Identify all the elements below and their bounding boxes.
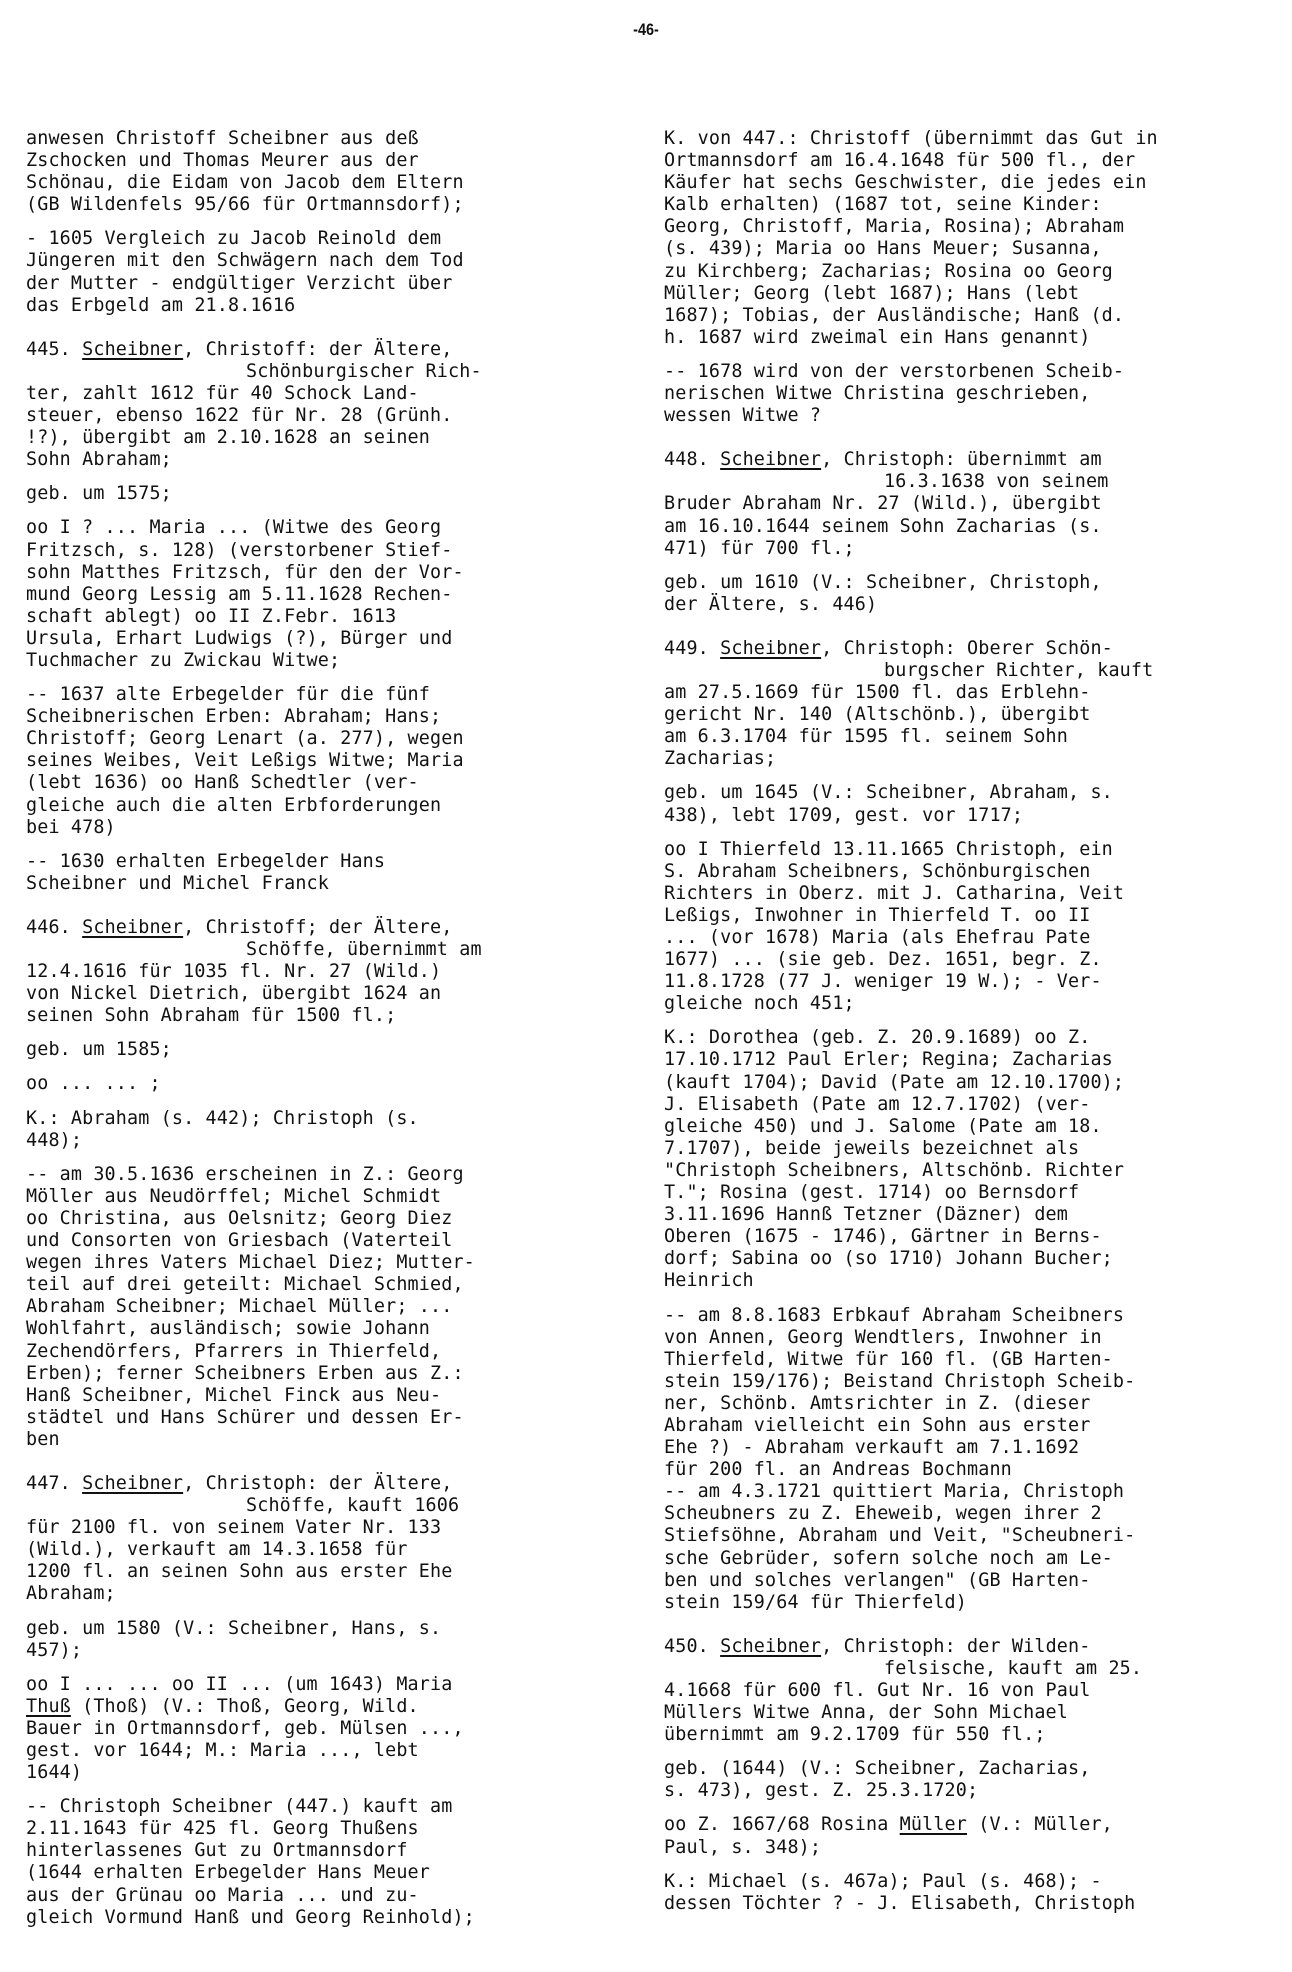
text-paragraph: geb. um 1645 (V.: Scheibner, Abraham, s.… xyxy=(664,782,1274,826)
entry-number: 447. xyxy=(26,1473,82,1494)
entry-heading: 449. Scheibner, Christoph: Oberer Schön- xyxy=(664,638,1274,660)
text-line: gleich Vormund Hanß und Georg Reinhold); xyxy=(26,1907,626,1929)
text-line: Stiefsöhne, Abraham und Veit, "Scheubner… xyxy=(664,1525,1274,1547)
text-line: burgscher Richter, kauft xyxy=(664,660,1274,682)
left-column: anwesen Christoff Scheibner aus deßZscho… xyxy=(26,128,626,1941)
text-line: oo Z. 1667/68 Rosina Müller (V.: Müller, xyxy=(664,1814,1274,1836)
text-line: Sohn Abraham; xyxy=(26,449,626,471)
text-paragraph: -- am 8.8.1683 Erbkauf Abraham Scheibner… xyxy=(664,1305,1274,1614)
text-line: Kalb erhalten) (1687 tot, seine Kinder: xyxy=(664,194,1274,216)
text-line: stein 159/64 für Thierfeld) xyxy=(664,1592,1274,1614)
text-line: (Wild.), verkauft am 14.3.1658 für xyxy=(26,1539,626,1561)
text-line: sohn Matthes Fritzsch, für den der Vor- xyxy=(26,562,626,584)
text-line: geb. (1644) (V.: Scheibner, Zacharias, xyxy=(664,1758,1274,1780)
entry-heading: 445. Scheibner, Christoff: der Ältere, xyxy=(26,339,626,361)
text-line: 457); xyxy=(26,1640,626,1662)
text-line: Abraham Scheibner; Michael Müller; ... xyxy=(26,1296,626,1318)
text-line: Müllers Witwe Anna, der Sohn Michael xyxy=(664,1702,1274,1724)
text-line: (1644 erhalten Erbegelder Hans Meuer xyxy=(26,1862,626,1884)
text-line: nerischen Witwe Christina geschrieben, xyxy=(664,383,1274,405)
text-line: T."; Rosina (gest. 1714) oo Bernsdorf xyxy=(664,1182,1274,1204)
text-line: für 200 fl. an Andreas Bochmann xyxy=(664,1459,1274,1481)
text-paragraph: geb. um 1580 (V.: Scheibner, Hans, s.457… xyxy=(26,1618,626,1662)
text-paragraph: anwesen Christoff Scheibner aus deßZscho… xyxy=(26,128,626,216)
text-line: K.: Abraham (s. 442); Christoph (s. xyxy=(26,1108,626,1130)
text-line: (lebt 1636) oo Hanß Schedtler (ver- xyxy=(26,772,626,794)
text-line: der Mutter - endgültiger Verzicht über xyxy=(26,273,626,295)
text-line: wessen Witwe ? xyxy=(664,405,1274,427)
text-line: und Consorten von Griesbach (Vaterteil xyxy=(26,1230,626,1252)
text-line: oo I ... ... oo II ... (um 1643) Maria xyxy=(26,1674,626,1696)
entry-heading: 446. Scheibner, Christoff; der Ältere, xyxy=(26,917,626,939)
text-line: zu Kirchberg; Zacharias; Rosina oo Georg xyxy=(664,261,1274,283)
text-line: 1644) xyxy=(26,1762,626,1784)
text-line: Bruder Abraham Nr. 27 (Wild.), übergibt xyxy=(664,493,1274,515)
text-line: Leßigs, Inwohner in Thierfeld T. oo II xyxy=(664,905,1274,927)
text-line: Abraham; xyxy=(26,1583,626,1605)
text-paragraph: K.: Dorothea (geb. Z. 20.9.1689) oo Z.17… xyxy=(664,1027,1274,1292)
entry-number: 450. xyxy=(664,1636,720,1657)
text-paragraph: oo I ? ... Maria ... (Witwe des GeorgFri… xyxy=(26,517,626,672)
entry-surname: Scheibner xyxy=(82,339,183,360)
text-line: hinterlassenes Gut zu Ortmannsdorf xyxy=(26,1840,626,1862)
text-line: Fritzsch, s. 128) (verstorbener Stief- xyxy=(26,540,626,562)
text-paragraph: geb. (1644) (V.: Scheibner, Zacharias,s.… xyxy=(664,1758,1274,1802)
text-line: ner, Schönb. Amtsrichter in Z. (dieser xyxy=(664,1393,1274,1415)
text-line: schaft ablegt) oo II Z.Febr. 1613 xyxy=(26,606,626,628)
text-line: der Ältere, s. 446) xyxy=(664,594,1274,616)
entry-surname: Scheibner xyxy=(720,449,821,470)
text-line: Schöffe, übernimmt am xyxy=(26,939,626,961)
text-segment: (V.: Müller, xyxy=(967,1814,1113,1835)
entry-given-name: , Christoph: übernimmt am xyxy=(821,449,1102,470)
entry-given-name: , Christoph: Oberer Schön- xyxy=(821,638,1113,659)
text-line: seinen Sohn Abraham für 1500 fl.; xyxy=(26,1005,626,1027)
right-column: K. von 447.: Christoff (übernimmt das Gu… xyxy=(664,128,1274,1927)
entry-given-name: , Christoff; der Ältere, xyxy=(183,917,452,938)
text-segment: oo Z. 1667/68 Rosina xyxy=(664,1814,900,1835)
text-line: oo ... ... ; xyxy=(26,1073,626,1095)
text-line: - 1605 Vergleich zu Jacob Reinold dem xyxy=(26,228,626,250)
text-line: Paul, s. 348); xyxy=(664,1837,1274,1859)
genealogy-entry: 446. Scheibner, Christoff; der Ältere,Sc… xyxy=(26,917,626,1027)
text-line: am 16.10.1644 seinem Sohn Zacharias (s. xyxy=(664,516,1274,538)
text-line: Möller aus Neudörffel; Michel Schmidt xyxy=(26,1186,626,1208)
text-line: Ortmannsdorf am 16.4.1648 für 500 fl., d… xyxy=(664,150,1274,172)
underlined-surname: Müller xyxy=(900,1814,967,1835)
text-line: -- 1678 wird von der verstorbenen Scheib… xyxy=(664,361,1274,383)
text-line: 448); xyxy=(26,1130,626,1152)
text-line: aus der Grünau oo Maria ... und zu- xyxy=(26,1885,626,1907)
text-line: gericht Nr. 140 (Altschönb.), übergibt xyxy=(664,704,1274,726)
text-line: Tuchmacher zu Zwickau Witwe; xyxy=(26,650,626,672)
text-line: -- 1637 alte Erbegelder für die fünf xyxy=(26,684,626,706)
text-line: Thierfeld, Witwe für 160 fl. (GB Harten- xyxy=(664,1349,1274,1371)
text-line: Zechendörfers, Pfarrers in Thierfeld, xyxy=(26,1341,626,1363)
text-line: städtel und Hans Schürer und dessen Er- xyxy=(26,1407,626,1429)
text-line: oo I ? ... Maria ... (Witwe des Georg xyxy=(26,517,626,539)
text-line: Heinrich xyxy=(664,1270,1274,1292)
text-line: Zschocken und Thomas Meurer aus der xyxy=(26,150,626,172)
text-line: von Annen, Georg Wendtlers, Inwohner in xyxy=(664,1327,1274,1349)
text-line: teil auf drei geteilt: Michael Schmied, xyxy=(26,1274,626,1296)
entry-number: 445. xyxy=(26,339,82,360)
text-line: das Erbgeld am 21.8.1616 xyxy=(26,295,626,317)
text-paragraph: -- am 30.5.1636 erscheinen in Z.: GeorgM… xyxy=(26,1164,626,1451)
text-paragraph: oo ... ... ; xyxy=(26,1073,626,1095)
text-paragraph: oo I Thierfeld 13.11.1665 Christoph, ein… xyxy=(664,839,1274,1016)
genealogy-entry: 449. Scheibner, Christoph: Oberer Schön-… xyxy=(664,638,1274,771)
text-line: geb. um 1575; xyxy=(26,483,626,505)
text-line: 12.4.1616 für 1035 fl. Nr. 27 (Wild.) xyxy=(26,961,626,983)
text-line: Richters in Oberz. mit J. Catharina, Vei… xyxy=(664,883,1274,905)
entry-surname: Scheibner xyxy=(720,638,821,659)
text-line: (s. 439); Maria oo Hans Meuer; Susanna, xyxy=(664,238,1274,260)
entry-surname: Scheibner xyxy=(82,1473,183,1494)
text-line: K.: Michael (s. 467a); Paul (s. 468); - xyxy=(664,1871,1274,1893)
text-line: oo I Thierfeld 13.11.1665 Christoph, ein xyxy=(664,839,1274,861)
text-line: 438), lebt 1709, gest. vor 1717; xyxy=(664,805,1274,827)
entry-surname: Scheibner xyxy=(82,917,183,938)
text-line: von Nickel Dietrich, übergibt 1624 an xyxy=(26,983,626,1005)
text-line: Oberen (1675 - 1746), Gärtner in Berns- xyxy=(664,1226,1274,1248)
text-line: s. 473), gest. Z. 25.3.1720; xyxy=(664,1780,1274,1802)
text-line: 4.1668 für 600 fl. Gut Nr. 16 von Paul xyxy=(664,1680,1274,1702)
genealogy-entry: 448. Scheibner, Christoph: übernimmt am1… xyxy=(664,449,1274,559)
text-line: Jüngeren mit den Schwägern nach dem Tod xyxy=(26,250,626,272)
text-paragraph: geb. um 1610 (V.: Scheibner, Christoph,d… xyxy=(664,572,1274,616)
underlined-surname: Thuß xyxy=(26,1696,71,1717)
text-line: Hanß Scheibner, Michel Finck aus Neu- xyxy=(26,1385,626,1407)
entry-heading: 447. Scheibner, Christoph: der Ältere, xyxy=(26,1473,626,1495)
text-line: seines Weibes, Veit Leßigs Witwe; Maria xyxy=(26,750,626,772)
text-line: ben und solches verlangen" (GB Harten- xyxy=(664,1570,1274,1592)
text-line: Scheubners zu Z. Eheweib, wegen ihrer 2 xyxy=(664,1503,1274,1525)
entry-number: 449. xyxy=(664,638,720,659)
genealogy-entry: 450. Scheibner, Christoph: der Wilden-fe… xyxy=(664,1636,1274,1746)
text-line: J. Elisabeth (Pate am 12.7.1702) (ver- xyxy=(664,1094,1274,1116)
text-line: Schönau, die Eidam von Jacob dem Eltern xyxy=(26,172,626,194)
entry-number: 448. xyxy=(664,449,720,470)
genealogy-entry: 447. Scheibner, Christoph: der Ältere,Sc… xyxy=(26,1473,626,1606)
text-line: ben xyxy=(26,1429,626,1451)
text-line: -- Christoph Scheibner (447.) kauft am xyxy=(26,1796,626,1818)
text-line: wegen ihres Vaters Michael Diez; Mutter- xyxy=(26,1252,626,1274)
text-paragraph: - 1605 Vergleich zu Jacob Reinold demJün… xyxy=(26,228,626,316)
text-line: sche Gebrüder, sofern solche noch am Le- xyxy=(664,1548,1274,1570)
text-line: gleiche 450) und J. Salome (Pate am 18. xyxy=(664,1116,1274,1138)
text-line: stein 159/176); Beistand Christoph Schei… xyxy=(664,1371,1274,1393)
text-line: (kauft 1704); David (Pate am 12.10.1700)… xyxy=(664,1072,1274,1094)
text-line: -- am 30.5.1636 erscheinen in Z.: Georg xyxy=(26,1164,626,1186)
text-line: gleiche auch die alten Erbforderungen xyxy=(26,795,626,817)
text-line: für 2100 fl. von seinem Vater Nr. 133 xyxy=(26,1517,626,1539)
text-line: 1677) ... (sie geb. Dez. 1651, begr. Z. xyxy=(664,949,1274,971)
text-line: Scheibnerischen Erben: Abraham; Hans; xyxy=(26,706,626,728)
text-line: 16.3.1638 von seinem xyxy=(664,471,1274,493)
text-line: S. Abraham Scheibners, Schönburgischen xyxy=(664,861,1274,883)
text-line: übernimmt am 9.2.1709 für 550 fl.; xyxy=(664,1724,1274,1746)
text-line: -- am 8.8.1683 Erbkauf Abraham Scheibner… xyxy=(664,1305,1274,1327)
text-paragraph: geb. um 1575; xyxy=(26,483,626,505)
text-paragraph: -- 1637 alte Erbegelder für die fünfSche… xyxy=(26,684,626,839)
text-line: geb. um 1580 (V.: Scheibner, Hans, s. xyxy=(26,1618,626,1640)
text-line: bei 478) xyxy=(26,817,626,839)
text-paragraph: -- 1678 wird von der verstorbenen Scheib… xyxy=(664,361,1274,427)
text-line: am 6.3.1704 für 1595 fl. seinem Sohn xyxy=(664,726,1274,748)
text-line: Ursula, Erhart Ludwigs (?), Bürger und xyxy=(26,628,626,650)
text-line: felsische, kauft am 25. xyxy=(664,1658,1274,1680)
text-line: am 27.5.1669 für 1500 fl. das Erblehn- xyxy=(664,682,1274,704)
entry-number: 446. xyxy=(26,917,82,938)
entry-heading: 450. Scheibner, Christoph: der Wilden- xyxy=(664,1636,1274,1658)
text-line: Zacharias; xyxy=(664,748,1274,770)
text-line: 11.8.1728 (77 J. weniger 19 W.); - Ver- xyxy=(664,971,1274,993)
entry-given-name: , Christoph: der Wilden- xyxy=(821,1636,1090,1657)
text-line: 2.11.1643 für 425 fl. Georg Thußens xyxy=(26,1818,626,1840)
entry-surname: Scheibner xyxy=(720,1636,821,1657)
text-line: Schönburgischer Rich- xyxy=(26,361,626,383)
text-line: Bauer in Ortmannsdorf, geb. Mülsen ..., xyxy=(26,1718,626,1740)
text-line: steuer, ebenso 1622 für Nr. 28 (Grünh. xyxy=(26,405,626,427)
text-line: geb. um 1585; xyxy=(26,1039,626,1061)
text-paragraph: K. von 447.: Christoff (übernimmt das Gu… xyxy=(664,128,1274,349)
text-paragraph: oo Z. 1667/68 Rosina Müller (V.: Müller,… xyxy=(664,1814,1274,1858)
text-line: geb. um 1645 (V.: Scheibner, Abraham, s. xyxy=(664,782,1274,804)
text-line: h. 1687 wird zweimal ein Hans genannt) xyxy=(664,327,1274,349)
text-line: oo Christina, aus Oelsnitz; Georg Diez xyxy=(26,1208,626,1230)
text-line: Scheibner und Michel Franck xyxy=(26,873,626,895)
text-line: Erben); ferner Scheibners Erben aus Z.: xyxy=(26,1363,626,1385)
text-line: mund Georg Lessig am 5.11.1628 Rechen- xyxy=(26,584,626,606)
text-line: ... (vor 1678) Maria (als Ehefrau Pate xyxy=(664,927,1274,949)
text-line: "Christoph Scheibners, Altschönb. Richte… xyxy=(664,1160,1274,1182)
text-line: K. von 447.: Christoff (übernimmt das Gu… xyxy=(664,128,1274,150)
text-line: 1200 fl. an seinen Sohn aus erster Ehe xyxy=(26,1561,626,1583)
text-paragraph: geb. um 1585; xyxy=(26,1039,626,1061)
entry-heading: 448. Scheibner, Christoph: übernimmt am xyxy=(664,449,1274,471)
text-line: 1687); Tobias, der Ausländische; Hanß (d… xyxy=(664,305,1274,327)
text-line: Käufer hat sechs Geschwister, die jedes … xyxy=(664,172,1274,194)
text-line: Christoff; Georg Lenart (a. 277), wegen xyxy=(26,728,626,750)
text-line: geb. um 1610 (V.: Scheibner, Christoph, xyxy=(664,572,1274,594)
text-line: Wohlfahrt, ausländisch; sowie Johann xyxy=(26,1318,626,1340)
text-line: Georg, Christoff, Maria, Rosina); Abraha… xyxy=(664,216,1274,238)
text-line: K.: Dorothea (geb. Z. 20.9.1689) oo Z. xyxy=(664,1027,1274,1049)
text-line: ter, zahlt 1612 für 40 Schock Land- xyxy=(26,383,626,405)
text-line: Schöffe, kauft 1606 xyxy=(26,1495,626,1517)
text-paragraph: -- Christoph Scheibner (447.) kauft am2.… xyxy=(26,1796,626,1929)
text-paragraph: K.: Abraham (s. 442); Christoph (s.448); xyxy=(26,1108,626,1152)
text-line: (GB Wildenfels 95/66 für Ortmannsdorf); xyxy=(26,194,626,216)
text-paragraph: oo I ... ... oo II ... (um 1643) MariaTh… xyxy=(26,1674,626,1784)
text-line: Ehe ?) - Abraham verkauft am 7.1.1692 xyxy=(664,1437,1274,1459)
text-line: anwesen Christoff Scheibner aus deß xyxy=(26,128,626,150)
entry-given-name: , Christoph: der Ältere, xyxy=(183,1473,452,1494)
text-line: dessen Töchter ? - J. Elisabeth, Christo… xyxy=(664,1893,1274,1915)
text-segment: (Thoß) (V.: Thoß, Georg, Wild. xyxy=(71,1696,419,1717)
text-line: gleiche noch 451; xyxy=(664,993,1274,1015)
text-line: dorf; Sabina oo (so 1710) Johann Bucher; xyxy=(664,1248,1274,1270)
text-line: 17.10.1712 Paul Erler; Regina; Zacharias xyxy=(664,1049,1274,1071)
text-line: 3.11.1696 Hannß Tetzner (Däzner) dem xyxy=(664,1204,1274,1226)
genealogy-entry: 445. Scheibner, Christoff: der Ältere,Sc… xyxy=(26,339,626,472)
page-number: -46- xyxy=(97,20,1195,40)
text-line: 471) für 700 fl.; xyxy=(664,538,1274,560)
text-line: 7.1707), beide jeweils bezeichnet als xyxy=(664,1138,1274,1160)
text-line: Müller; Georg (lebt 1687); Hans (lebt xyxy=(664,283,1274,305)
text-paragraph: -- 1630 erhalten Erbegelder HansScheibne… xyxy=(26,851,626,895)
entry-given-name: , Christoff: der Ältere, xyxy=(183,339,452,360)
text-line: gest. vor 1644; M.: Maria ..., lebt xyxy=(26,1740,626,1762)
text-line: -- am 4.3.1721 quittiert Maria, Christop… xyxy=(664,1481,1274,1503)
text-line: -- 1630 erhalten Erbegelder Hans xyxy=(26,851,626,873)
text-paragraph: K.: Michael (s. 467a); Paul (s. 468); -d… xyxy=(664,1871,1274,1915)
text-line: Abraham vielleicht ein Sohn aus erster xyxy=(664,1415,1274,1437)
text-line: Thuß (Thoß) (V.: Thoß, Georg, Wild. xyxy=(26,1696,626,1718)
text-line: !?), übergibt am 2.10.1628 an seinen xyxy=(26,427,626,449)
